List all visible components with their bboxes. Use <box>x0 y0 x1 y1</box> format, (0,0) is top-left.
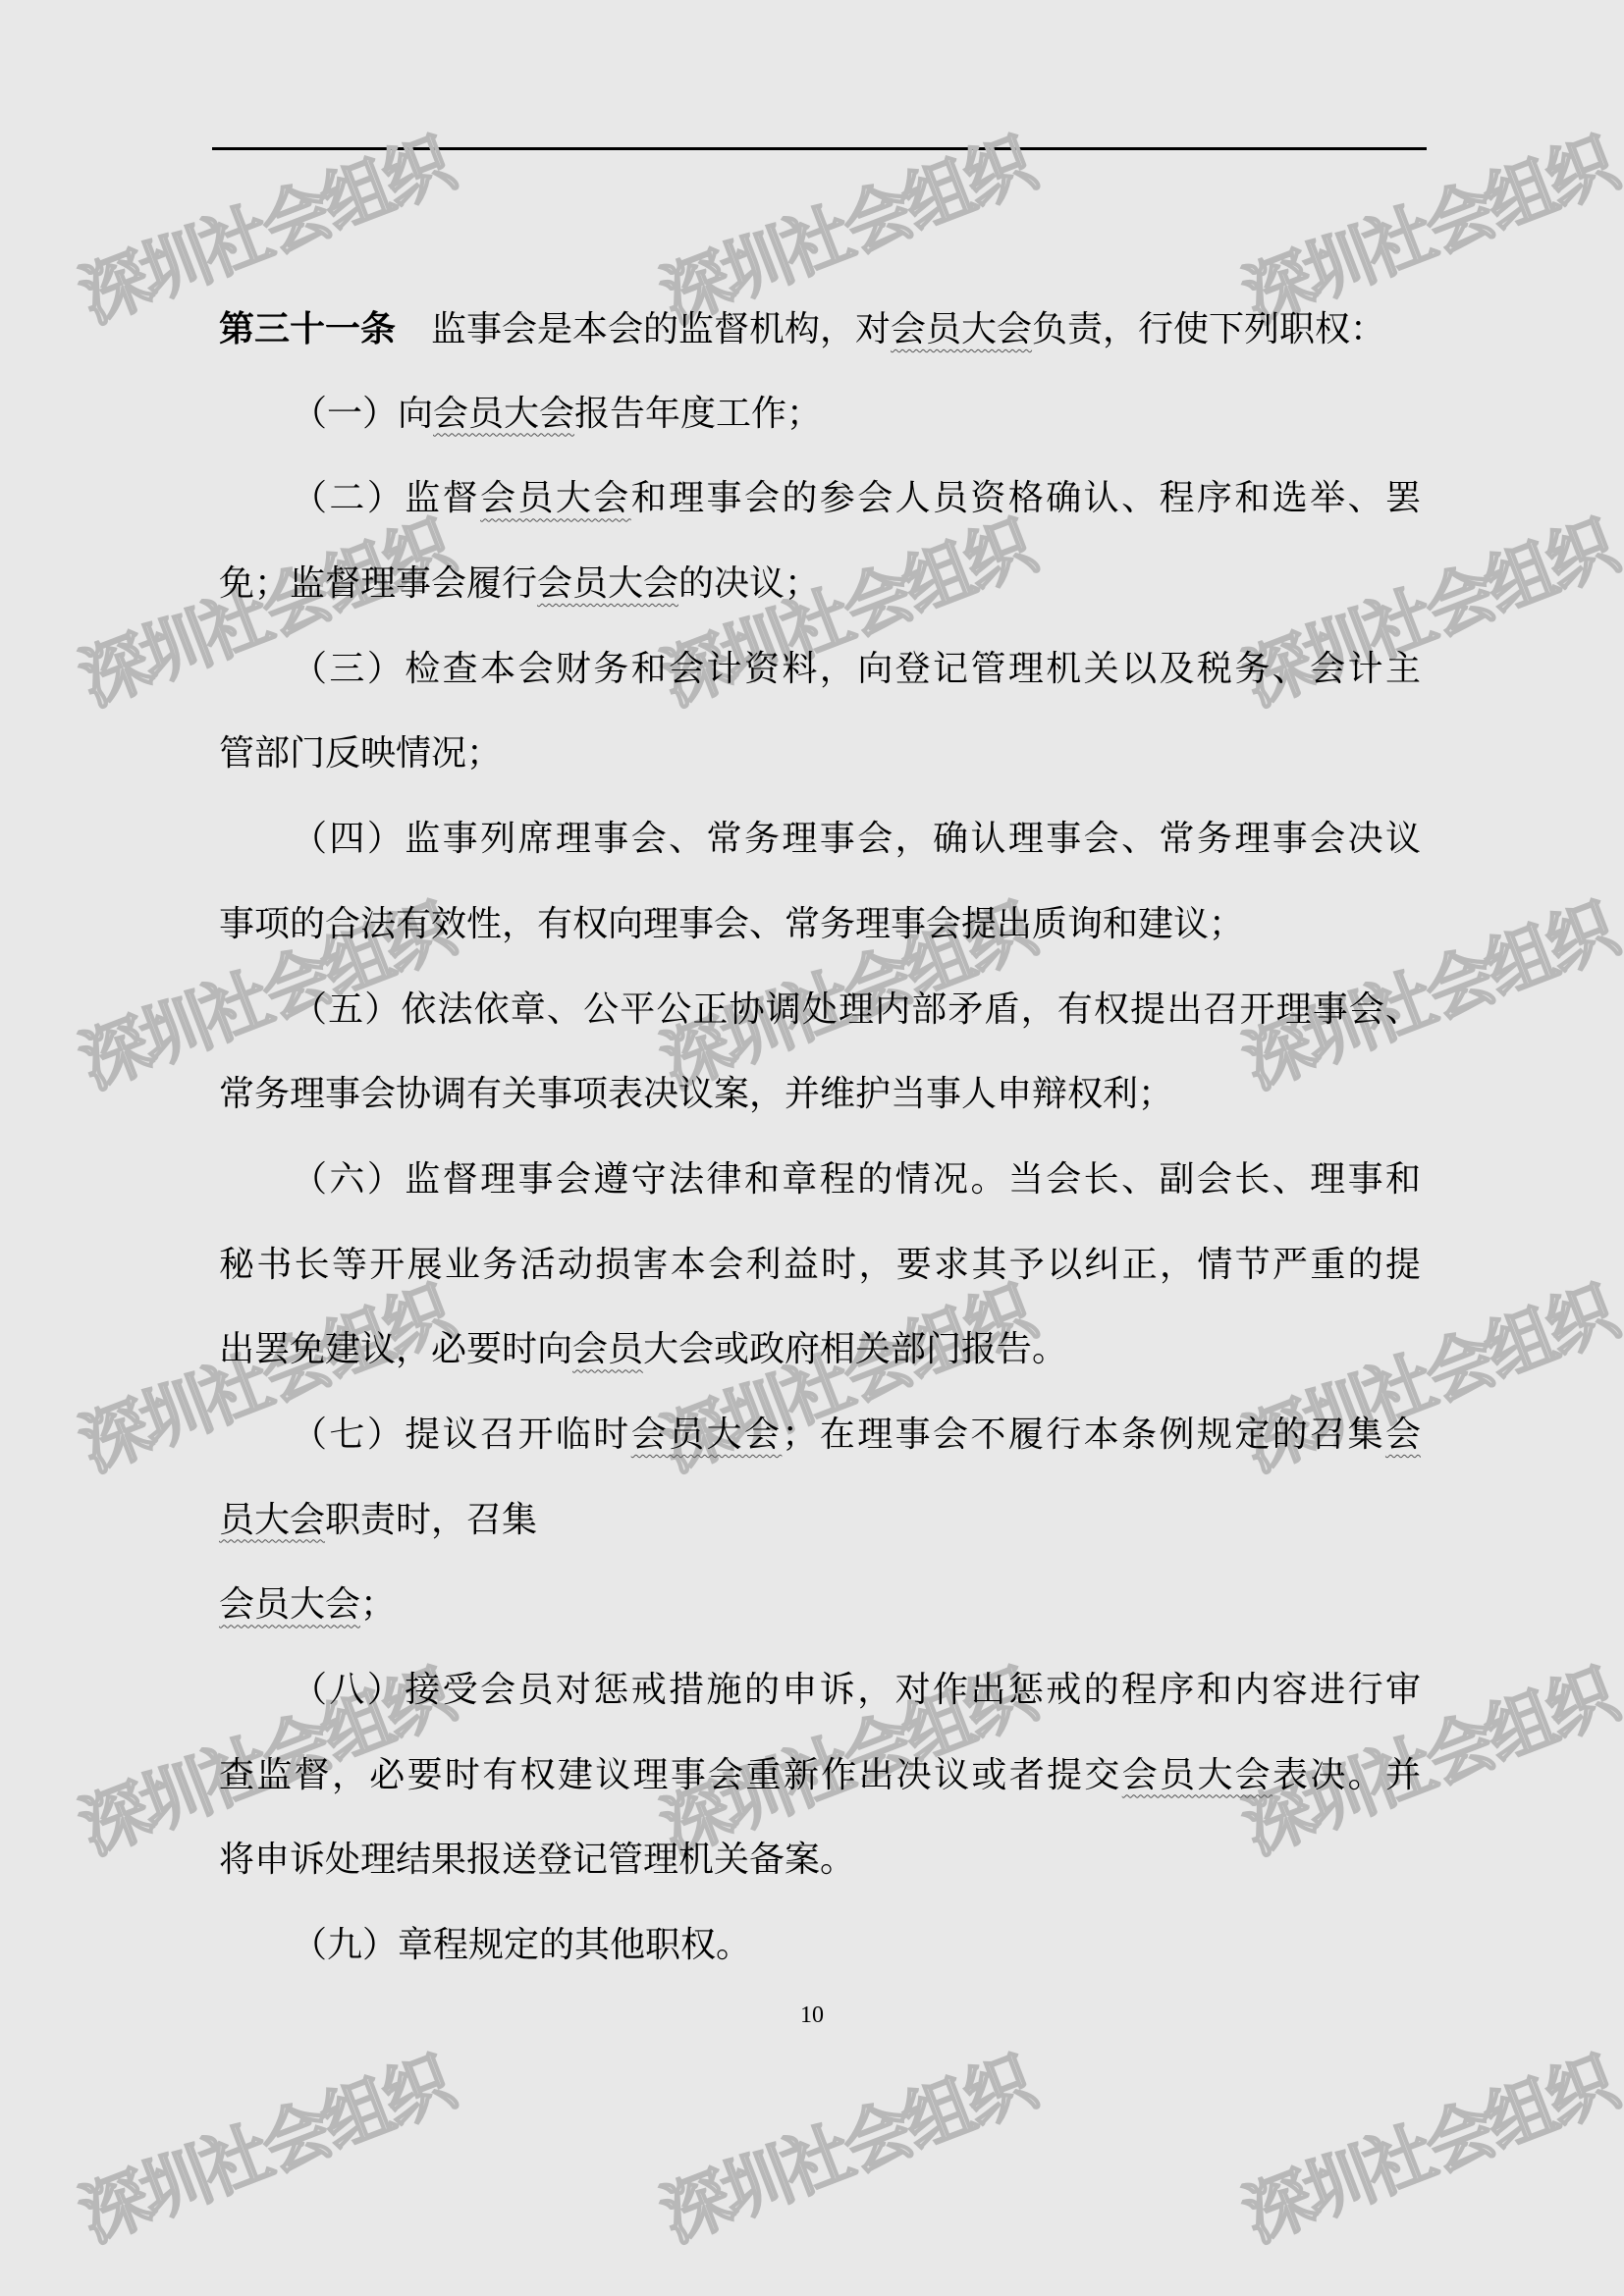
text-segment: （三）检查本会财务和会计资料，向登记管理机关以及税务、会计主 <box>292 649 1421 689</box>
text-segment: （八）接受会员对惩戒措施的申诉，对作出惩戒的程序和内容进行审 <box>292 1670 1421 1710</box>
article-number: 第三十一条 <box>219 308 396 349</box>
text-line: 查监督，必要时有权建议理事会重新作出决议或者提交会员大会表决。并 <box>219 1741 1421 1827</box>
text-line: （七）提议召开临时会员大会；在理事会不履行本条例规定的召集会 <box>219 1401 1421 1486</box>
text-segment: 监事会是本会的监督机构，对 <box>431 309 891 349</box>
watermark: 深圳社会组织 <box>638 2035 1055 2266</box>
text-line: （八）接受会员对惩戒措施的申诉，对作出惩戒的程序和内容进行审 <box>219 1656 1421 1741</box>
underlined-term: 会 <box>1385 1415 1421 1455</box>
text-line: （九）章程规定的其他职权。 <box>219 1911 1421 1997</box>
document-body: 第三十一条监事会是本会的监督机构，对会员大会负责，行使下列职权： （一）向会员大… <box>219 294 1421 1997</box>
header-rule <box>212 147 1427 150</box>
text-segment: 管部门反映情况； <box>219 733 502 774</box>
underlined-term: 员大会 <box>219 1500 325 1540</box>
watermark: 深圳社会组织 <box>57 2035 473 2266</box>
text-segment: （七）提议召开临时 <box>292 1415 631 1455</box>
underlined-term: 会员大会 <box>1122 1755 1272 1795</box>
page-number: 10 <box>0 2002 1624 2029</box>
underlined-term: 会员大会 <box>631 1415 783 1455</box>
text-segment: ；在理事会不履行本条例规定的召集 <box>782 1415 1385 1455</box>
text-segment: 报告年度工作； <box>574 394 822 434</box>
text-segment: ； <box>360 1584 396 1625</box>
text-line: 秘书长等开展业务活动损害本会利益时，要求其予以纠正，情节严重的提 <box>219 1231 1421 1316</box>
text-segment: 大会或政府相关部门报告。 <box>643 1329 1067 1369</box>
underlined-term: 会员大会 <box>480 478 631 518</box>
text-segment: 常务理事会协调有关事项表决议案，并维护当事人申辩权利； <box>219 1074 1173 1114</box>
text-line: 常务理事会协调有关事项表决议案，并维护当事人申辩权利； <box>219 1060 1421 1146</box>
text-segment: 出罢免建议，必要时向 <box>219 1329 572 1369</box>
text-line: （六）监督理事会遵守法律和章程的情况。当会长、副会长、理事和 <box>219 1146 1421 1231</box>
text-line: （三）检查本会财务和会计资料，向登记管理机关以及税务、会计主 <box>219 635 1421 721</box>
text-segment: 的决议； <box>678 563 820 604</box>
text-line: （一）向会员大会报告年度工作； <box>219 380 1421 465</box>
text-line: 将申诉处理结果报送登记管理机关备案。 <box>219 1826 1421 1911</box>
text-line: 事项的合法有效性，有权向理事会、常务理事会提出质询和建议； <box>219 890 1421 976</box>
underlined-term: 会员 <box>572 1329 643 1369</box>
underlined-term: 会员大会 <box>537 563 678 604</box>
text-segment: 将申诉处理结果报送登记管理机关备案。 <box>219 1840 855 1880</box>
underlined-term: 会员大会 <box>891 309 1032 349</box>
text-segment: 表决。并 <box>1272 1755 1421 1795</box>
text-line: （二）监督会员大会和理事会的参会人员资格确认、程序和选举、罢 <box>219 464 1421 550</box>
underlined-term: 会员大会 <box>219 1584 360 1625</box>
text-segment: （五）依法依章、公平公正协调处理内部矛盾，有权提出召开理事会、 <box>292 989 1421 1030</box>
text-line: 会员大会； <box>219 1571 1421 1656</box>
text-segment: 职责时，召集 <box>325 1500 537 1540</box>
text-segment: 事项的合法有效性，有权向理事会、常务理事会提出质询和建议； <box>219 904 1244 944</box>
text-segment: （二）监督 <box>292 478 480 518</box>
text-segment: （一）向 <box>292 394 433 434</box>
text-segment: 秘书长等开展业务活动损害本会利益时，要求其予以纠正，情节严重的提 <box>219 1245 1421 1285</box>
text-segment: （四）监事列席理事会、常务理事会，确认理事会、常务理事会决议 <box>292 819 1421 859</box>
text-segment: 负责，行使下列职权： <box>1032 309 1385 349</box>
text-line: 出罢免建议，必要时向会员大会或政府相关部门报告。 <box>219 1315 1421 1401</box>
text-line: （五）依法依章、公平公正协调处理内部矛盾，有权提出召开理事会、 <box>219 976 1421 1061</box>
underlined-term: 会员大会 <box>433 394 574 434</box>
text-line: （四）监事列席理事会、常务理事会，确认理事会、常务理事会决议 <box>219 805 1421 890</box>
text-line: 管部门反映情况； <box>219 720 1421 805</box>
text-segment: （六）监督理事会遵守法律和章程的情况。当会长、副会长、理事和 <box>292 1159 1421 1200</box>
text-segment: 查监督，必要时有权建议理事会重新作出决议或者提交 <box>219 1755 1122 1795</box>
article-heading-line: 第三十一条监事会是本会的监督机构，对会员大会负责，行使下列职权： <box>219 294 1421 380</box>
text-segment: 和理事会的参会人员资格确认、程序和选举、罢 <box>631 478 1421 518</box>
text-line: 员大会职责时，召集 <box>219 1486 1421 1572</box>
text-segment: 免；监督理事会履行 <box>219 563 537 604</box>
watermark: 深圳社会组织 <box>1220 2035 1624 2266</box>
article-intro: 监事会是本会的监督机构，对会员大会负责，行使下列职权： <box>431 309 1385 349</box>
text-line: 免；监督理事会履行会员大会的决议； <box>219 550 1421 635</box>
text-segment: （九）章程规定的其他职权。 <box>292 1925 751 1965</box>
